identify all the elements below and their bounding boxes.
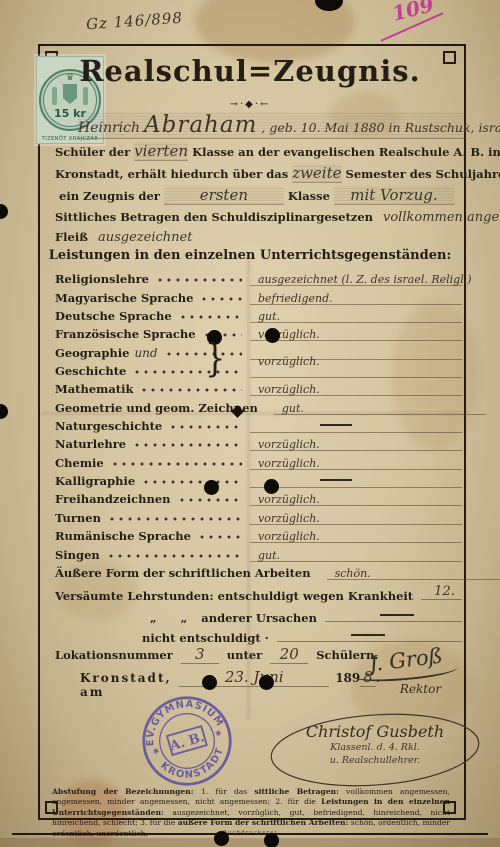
printed-text: ein Zeugnis der [59,189,160,203]
subject-grade-handwritten: vorzüglich. [258,493,320,506]
subject-label-handwritten-suffix: und [134,346,157,360]
subject-row: Französische Sprachevorzüglich. [55,323,462,341]
diligence-label: Fleiß [55,230,88,244]
subject-grade-handwritten: vorzüglich. [258,530,320,543]
grade-line: befriedigend. [250,287,462,305]
grade-line: gut. [274,397,486,415]
dotted-leader [170,421,242,431]
subject-grade-handwritten: gut. [258,310,280,323]
grade-line: vorzüglich. [250,525,462,543]
grade-line: vorzüglich. [250,488,462,506]
place-label: Kronstadt, am [80,671,173,699]
dotted-leader [134,366,242,376]
subject-label: Geographie [55,346,129,360]
subject-label: Naturlehre [55,437,126,451]
rank-value-handwritten: 3 [181,645,219,664]
absences-unexcused-label: nicht entschuldigt · [142,631,269,645]
subject-grade-handwritten: vorzüglich. [258,457,320,470]
intro-line-2: Kronstadt, erhält hiedurch über das zwei… [55,164,462,185]
svg-text:✱: ✱ [214,728,223,738]
subject-row: Geographieund}vorzüglich. [55,341,462,359]
student-name-line: Heinrich Abraham , geb. 10. Mai 1880 in … [78,112,466,139]
subject-grade-handwritten: schön. [335,567,371,580]
subject-grade-handwritten: vorzüglich. [258,438,320,451]
punch-hole [204,480,219,495]
handwritten-dash [320,479,352,481]
dotted-leader [109,513,242,523]
student-first-name: Heinrich [78,120,140,136]
dotted-leader [134,439,242,449]
signature-oval-flourish [266,708,484,792]
archive-number-handwritten: 109 [390,0,436,26]
subject-grade-handwritten: befriedigend. [258,292,333,305]
handwritten-semester: zweite [292,164,341,183]
subject-label: Religionslehre [55,272,149,286]
subject-grade-handwritten: vorzüglich. [258,355,320,368]
printer-mark: Buchdruckerei [0,830,500,836]
subject-label: Naturgeschichte [55,419,162,433]
printed-text: Klasse an der evangelischen Realschule A… [192,145,500,159]
diligence-line: Fleiß ausgezeichnet [55,230,462,245]
punch-hole [214,831,229,846]
footnote-segment: 3. für die [140,818,178,827]
subject-label: Singen [55,548,100,562]
grade-line [250,470,462,488]
subject-row: Religionslehreausgezeichnet (l. Z. des i… [55,268,462,286]
subject-row: Rumänische Sprachevorzüglich. [55,525,462,543]
footnote-segment: sittliche Betragen: [254,787,338,796]
dotted-leader [108,550,242,560]
printed-text: Kronstadt, erhält hiedurch über das [55,167,288,181]
intro-line-3: ein Zeugnis der ersten Klasse mit Vorzug… [55,186,462,207]
subject-label: Chemie [55,456,104,470]
student-last-name: Abraham [144,112,257,138]
dotted-leader [143,476,242,486]
subject-label: Mathematik [55,382,133,396]
subjects-table: Religionslehreausgezeichnet (l. Z. des i… [55,268,462,580]
subject-label: Turnen [55,511,101,525]
punch-hole [202,675,217,690]
subject-grade-handwritten: vorzüglich. [258,512,320,525]
conduct-value-handwritten: vollkommen angemessen. [383,210,500,225]
svg-text:✱: ✱ [152,746,161,756]
paper-edge-shadow [0,838,500,847]
absences-excused-row: Versäumte Lehrstunden: entschuldigt wege… [55,584,462,603]
footnote-segment: äußere Form der schriftlichen Arbeiten: [178,818,349,827]
value-line: 12. [421,584,462,600]
value-line [277,626,462,642]
subject-row: Naturgeschichte [55,415,462,433]
intro-line-1: Schüler der vierten Klasse an der evange… [55,142,462,163]
brace-joining-rows: } [205,336,225,382]
subject-row: Naturlehrevorzüglich. [55,433,462,451]
grade-line: vorzüglich. [250,452,462,470]
subject-label: Geometrie und geom. Zeichnen [55,401,258,415]
value-line [325,606,462,622]
absences-other-row: „ „ anderer Ursachen [150,606,462,625]
grade-line: vorzüglich. [250,323,462,341]
punch-hole [264,479,279,494]
grade-line: vorzüglich. [250,433,462,451]
handwritten-dash [351,634,385,636]
subject-label: Geschichte [55,364,126,378]
handwritten-grade-class: ersten [164,186,284,205]
student-birth-details: , geb. 10. Mai 1880 in Rustschuk, israel… [261,120,500,135]
dotted-leader [157,274,242,284]
diligence-value-handwritten: ausgezeichnet [98,230,192,245]
footnote-segment: 2. für die [275,797,321,806]
subject-label: Französische Sprache [55,327,196,341]
dotted-leader [141,384,242,394]
conduct-label: Sittliches Betragen den Schuldisziplinar… [55,210,373,224]
subject-label: Magyarische Sprache [55,291,193,305]
printed-text: Schüler der [55,145,130,159]
dotted-leader [166,348,242,358]
grade-line: vorzüglich. [250,507,462,525]
handwritten-class: vierten [134,142,188,161]
rank-label: unter [227,648,262,662]
punch-hole [315,0,343,11]
subject-row: Kalligraphie [55,470,462,488]
printed-text: Klasse [288,189,330,203]
subject-row: Geometrie und geom. Zeichnengut. [55,396,462,414]
footnote-segment: 1. für das [201,787,254,796]
subject-row: Chemievorzüglich. [55,451,462,469]
dateline: Kronstadt, am 23. Juni 189 8 . [80,668,380,699]
punch-hole [259,675,274,690]
report-card-document: Gz 146/898 109 ♛ 15 kr TIZENÖT KRAJCZÁR … [0,0,500,847]
subject-label: Freihandzeichnen [55,492,171,506]
subject-row: Freihandzeichnenvorzüglich. [55,488,462,506]
class-size-handwritten: 20 [270,645,308,664]
punch-hole [0,404,8,419]
subject-label: Äußere Form der schriftlichen Arbeiten [55,566,311,580]
absences-excused-label: Versäumte Lehrstunden: entschuldigt wege… [55,589,413,603]
subject-label: Rumänische Sprache [55,529,191,543]
absences-other-label: anderer Ursachen [201,611,317,625]
handwritten-dash [320,424,352,426]
file-number-handwritten: Gz 146/898 [85,9,183,34]
subject-grade-handwritten: ausgezeichnet (l. Z. des israel. Religl.… [258,273,472,286]
grade-line [250,415,462,433]
subject-row: Magyarische Sprachebefriedigend. [55,286,462,304]
rector-signature-block: J. Groß Rektor [338,648,473,696]
subject-grade-handwritten: gut. [258,549,280,562]
grade-line: vorzüglich. [250,342,462,360]
ditto-marks: „ „ [150,611,187,625]
subject-grade-handwritten: gut. [282,402,304,415]
class-teacher-signature-block: Christof Gusbeth Klassenl. d. 4. Rkl. u.… [266,708,484,792]
dotted-leader [180,311,242,321]
rank-label: Lokationsnummer [55,648,173,662]
grade-line: schön. [327,562,500,580]
grade-line: ausgezeichnet (l. Z. des israel. Religl.… [250,268,462,286]
subject-label: Deutsche Sprache [55,309,172,323]
dotted-leader [199,531,242,541]
punch-hole [264,833,279,847]
absences-unexcused-row: nicht entschuldigt · [142,626,462,645]
grade-line: vorzüglich. [250,378,462,396]
dotted-leader [179,494,242,504]
printed-text: Semester des Schuljahres 189 [346,167,500,181]
grade-line: gut. [250,305,462,323]
subject-row: Turnenvorzüglich. [55,506,462,524]
grades-section-heading: Leistungen in den einzelnen Unterrichtsg… [0,248,500,263]
footnote-segment: Abstufung der Bezeichnungen: [52,787,201,796]
dotted-leader [201,293,242,303]
grade-line: gut. [250,544,462,562]
conduct-line: Sittliches Betragen den Schuldisziplinar… [55,210,462,225]
subject-row: Singengut. [55,543,462,561]
subject-row: Äußere Form der schriftlichen Arbeitensc… [55,562,462,580]
document-title: Realschul=Zeugnis. [0,54,500,88]
dotted-leader [112,458,242,468]
punch-hole [265,328,280,343]
subject-grade-handwritten: vorzüglich. [258,383,320,396]
handwritten-dash [380,614,414,616]
absences-excused-value-handwritten: 12. [434,584,455,599]
subject-row: Mathematikvorzüglich. [55,378,462,396]
punch-hole [0,204,8,219]
rector-title: Rektor [338,682,473,696]
rank-row: Lokationsnummer 3 unter 20 Schülern. [55,645,378,664]
subject-row: Deutsche Sprachegut. [55,305,462,323]
subject-label: Kalligraphie [55,474,135,488]
title-divider-ornament: →·◆·← [0,99,500,110]
handwritten-distinction: mit Vorzug. [334,186,454,205]
